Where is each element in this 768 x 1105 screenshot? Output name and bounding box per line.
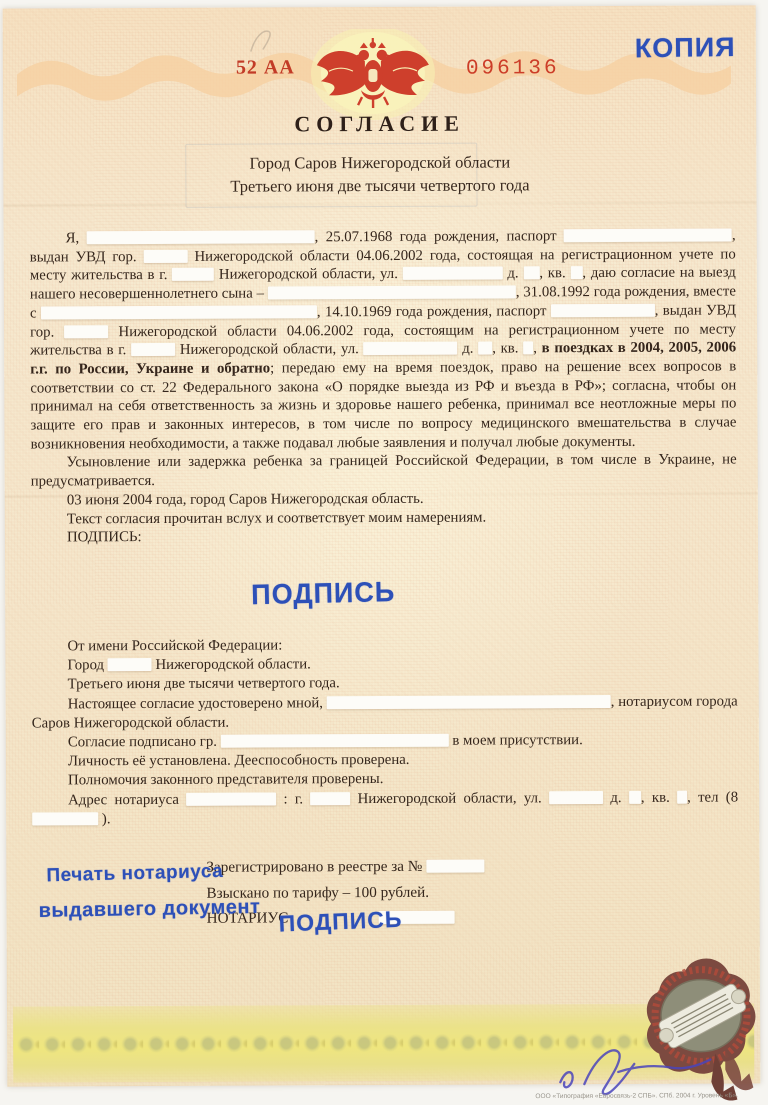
text-run: , кв.: [539, 266, 570, 282]
redaction-box: [327, 695, 611, 709]
redaction-box: [564, 228, 732, 242]
text-run: Третьего июня две тысячи четвертого года…: [68, 676, 340, 693]
text-run: д.: [603, 790, 629, 806]
redaction-box: [478, 342, 492, 355]
signature-stamp-lower: ПОДПИСЬ: [278, 906, 403, 938]
place-line: Город Саров Нижегородской области: [3, 151, 756, 174]
redaction-box: [363, 342, 457, 355]
paragraph: Настоящее согласие удостоверено мной, , …: [32, 692, 738, 733]
redaction-box: [108, 658, 152, 671]
text-run: Личность её установлена. Дееспособность …: [68, 752, 410, 769]
text-run: , 25.07.1968 года рождения, паспорт: [315, 228, 564, 245]
redaction-box: [426, 860, 484, 873]
redaction-box: [570, 267, 582, 280]
text-run: Нижегородской области, ул.: [175, 341, 363, 358]
text-run: Нижегородской области.: [152, 657, 311, 674]
redaction-box: [32, 812, 98, 825]
text-run: д.: [457, 341, 478, 357]
text-run: , тел (8: [687, 789, 738, 805]
redaction-box: [551, 304, 655, 317]
redaction-box: [87, 230, 315, 244]
paragraph: НОТАРИУС: [207, 905, 637, 930]
text-run: Нижегородской области, ул.: [350, 790, 549, 807]
text-run: Адрес нотариуса: [68, 791, 186, 808]
paragraph: Адрес нотариуса : г. Нижегородской облас…: [32, 788, 738, 829]
text-run: Я,: [66, 230, 87, 246]
text-run: Настоящее согласие удостоверено мной,: [68, 695, 327, 712]
text-run: д.: [503, 266, 524, 282]
consent-text-block: Я, , 25.07.1968 года рождения, паспорт ,…: [30, 226, 737, 547]
notary-seal-stamp-line1: Печать нотариуса: [46, 861, 223, 887]
redaction-box: [523, 267, 539, 280]
text-run: От имени Российской Федерации:: [67, 637, 282, 654]
paragraph: Взыскано по тарифу – 100 рублей.: [206, 879, 636, 904]
redaction-box: [523, 342, 533, 355]
form-number: 096136: [466, 57, 560, 80]
document-title: СОГЛАСИЕ: [3, 109, 756, 138]
redaction-box: [41, 305, 317, 319]
text-run: Усыновление или задержка ребенка за гран…: [31, 452, 737, 490]
text-run: Текст согласия прочитан вслух и соответс…: [67, 509, 486, 527]
text-run: в моем присутствии.: [449, 732, 583, 749]
pencil-mark: [243, 25, 283, 55]
signature-stamp-upper: ПОДПИСЬ: [251, 576, 396, 612]
redaction-box: [629, 790, 641, 803]
text-run: Согласие подписано гр.: [68, 734, 221, 751]
text-run: 03 июня 2004 года, город Саров Нижегород…: [67, 491, 424, 509]
registry-text-block: Зарегистрировано в реестре за № Взыскано…: [206, 854, 636, 930]
text-run: : г.: [276, 791, 310, 807]
text-run: , кв.: [492, 341, 523, 357]
date-line: Третьего июня две тысячи четвертого года: [3, 174, 756, 197]
redaction-box: [549, 791, 603, 804]
redaction-box: [172, 268, 214, 281]
redaction-box: [64, 325, 108, 338]
paragraph: Я, , 25.07.1968 года рождения, паспорт ,…: [30, 226, 737, 454]
paragraph: ПОДПИСЬ:: [31, 526, 737, 548]
printer-imprint: ООО «Типография «Евросвязь-2 СПБ». СПб. …: [535, 1091, 728, 1099]
notary-text-block: От имени Российской Федерации:Город Ниже…: [31, 634, 738, 829]
text-run: ПОДПИСЬ:: [67, 529, 142, 545]
text-run: Нижегородской области, ул.: [214, 266, 403, 283]
redaction-box: [131, 343, 175, 356]
document-sheet: 52 АА 096136 КОПИЯ СОГЛАСИЕ Город Саров …: [3, 5, 761, 1086]
redaction-box: [310, 792, 350, 805]
redaction-box: [403, 267, 503, 280]
redaction-box: [186, 792, 276, 805]
copy-stamp: КОПИЯ: [635, 32, 736, 64]
text-run: ).: [98, 811, 110, 827]
scanned-notarial-consent-document: { "header": { "series": "52 АА", "number…: [0, 0, 768, 1105]
text-run: Город: [67, 657, 107, 673]
redaction-box: [677, 790, 687, 803]
notary-seal-stamp-line2: выдавшего документ: [38, 896, 260, 923]
paragraph: Усыновление или задержка ребенка за гран…: [31, 451, 737, 491]
form-series: 52 АА: [236, 56, 295, 79]
redaction-box: [221, 734, 449, 748]
text-run: Зарегистрировано в реестре за №: [206, 858, 426, 876]
text-run: Полномочия законного представителя прове…: [68, 771, 383, 788]
redaction-box: [144, 250, 188, 263]
text-run: , 14.10.1969 года рождения, паспорт: [317, 303, 551, 320]
paragraph: Зарегистрировано в реестре за №: [206, 854, 636, 879]
text-run: , кв.: [641, 789, 677, 805]
redaction-box: [268, 286, 516, 300]
header-security-band: [13, 27, 737, 122]
